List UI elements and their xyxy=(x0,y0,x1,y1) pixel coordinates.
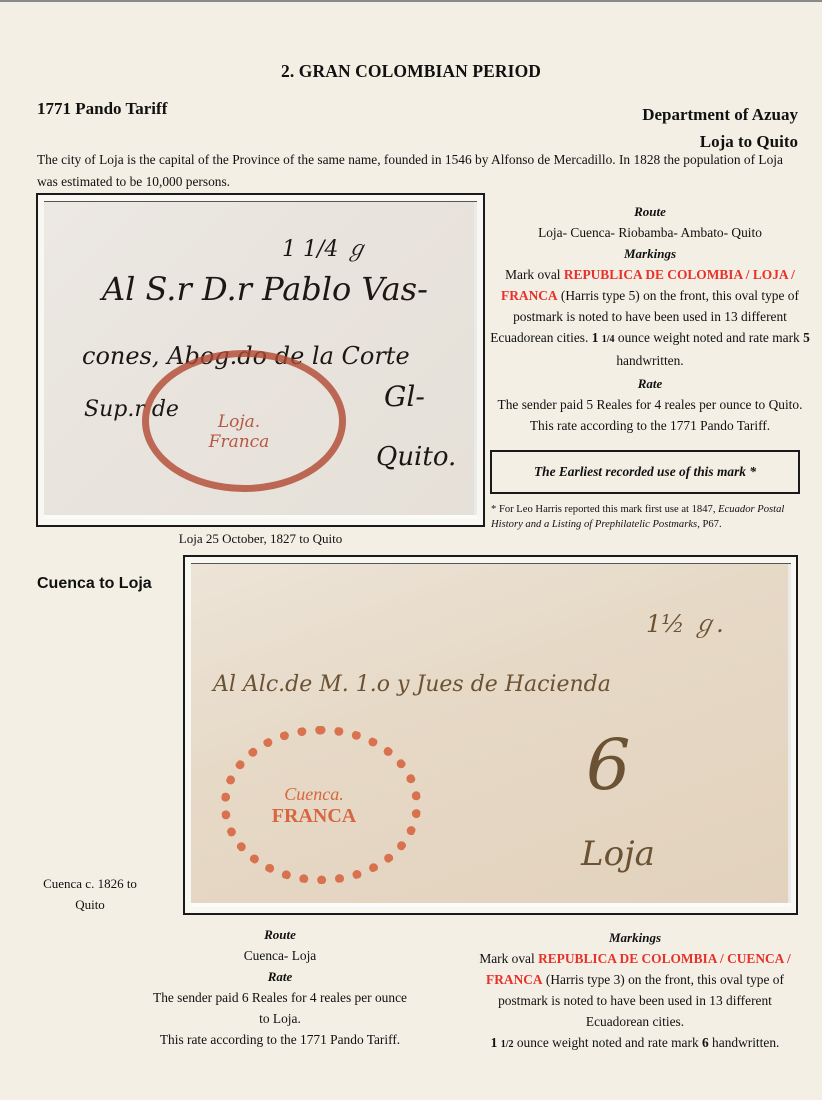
cover2-weight-note: 1½ ℊ. xyxy=(646,604,724,639)
page-top-edge xyxy=(0,0,822,2)
cover2-place: Loja xyxy=(581,834,655,874)
route-text: Loja- Cuenca- Riobamba- Ambato- Quito xyxy=(490,222,810,243)
route-label: Route xyxy=(490,201,810,222)
footnote: * For Leo Harris reported this mark firs… xyxy=(491,502,801,532)
cover2-heading: Cuenca to Loja xyxy=(37,575,152,593)
cover1-address-line1: Al S.r D.r Pablo Vas- xyxy=(102,270,428,308)
cover2-caption: Cuenca c. 1826 to Quito xyxy=(40,873,140,915)
cover1-description: Route Loja- Cuenca- Riobamba- Ambato- Qu… xyxy=(490,201,810,436)
cover1-image: 1 1/4 ℊ Al S.r D.r Pablo Vas- cones, Abo… xyxy=(44,201,477,519)
tariff-heading: 1771 Pando Tariff xyxy=(37,99,167,119)
department-name: Department of Azuay xyxy=(642,101,798,128)
markings-label: Markings xyxy=(470,927,800,948)
route-text: Cuenca- Loja xyxy=(130,945,430,966)
cover2-address-line1: Al Alc.de M. 1.o y Jues de Hacienda xyxy=(213,672,611,697)
rate-text: The sender paid 5 Reales for 4 reales pe… xyxy=(490,394,810,436)
rate-text-line3: This rate according to the 1771 Pando Ta… xyxy=(130,1029,430,1050)
cover1-stamp-text: Loja. Franca xyxy=(194,412,284,452)
cover2-stamp-text: Cuenca. FRANCA xyxy=(259,784,369,828)
cover2-image: 1½ ℊ. Al Alc.de M. 1.o y Jues de Haciend… xyxy=(191,563,791,907)
department-heading: Department of Azuay Loja to Quito xyxy=(642,101,798,155)
intro-paragraph: The city of Loja is the capital of the P… xyxy=(37,149,807,193)
page-title: 2. GRAN COLOMBIAN PERIOD xyxy=(0,61,822,82)
cover2-rate-mark: 6 xyxy=(586,724,631,806)
cover2-frame: 1½ ℊ. Al Alc.de M. 1.o y Jues de Haciend… xyxy=(183,555,798,915)
cover1-weight-note: 1 1/4 ℊ xyxy=(282,232,367,263)
route-label: Route xyxy=(130,924,430,945)
rate-label: Rate xyxy=(490,373,810,394)
earliest-use-box: The Earliest recorded use of this mark * xyxy=(490,450,800,494)
cover1-caption: Loja 25 October, 1827 to Quito xyxy=(36,531,485,547)
markings-text: Mark oval REPUBLICA DE COLOMBIA / LOJA /… xyxy=(490,264,810,371)
cover2-markings: Markings Mark oval REPUBLICA DE COLOMBIA… xyxy=(470,927,800,1055)
cover2-route-rate: Route Cuenca- Loja Rate The sender paid … xyxy=(130,924,430,1050)
markings-weight: 1 1/2 ounce weight noted and rate mark 6… xyxy=(470,1032,800,1055)
cover1-rate-mark: Gl- xyxy=(384,380,425,413)
markings-label: Markings xyxy=(490,243,810,264)
cover1-place: Quito. xyxy=(376,442,456,472)
cover1-frame: 1 1/4 ℊ Al S.r D.r Pablo Vas- cones, Abo… xyxy=(36,193,485,527)
rate-label: Rate xyxy=(130,966,430,987)
markings-text: Mark oval REPUBLICA DE COLOMBIA / CUENCA… xyxy=(470,948,800,1032)
rate-text-line1: The sender paid 6 Reales for 4 reales pe… xyxy=(130,987,430,1008)
rate-text-line2: to Loja. xyxy=(130,1008,430,1029)
